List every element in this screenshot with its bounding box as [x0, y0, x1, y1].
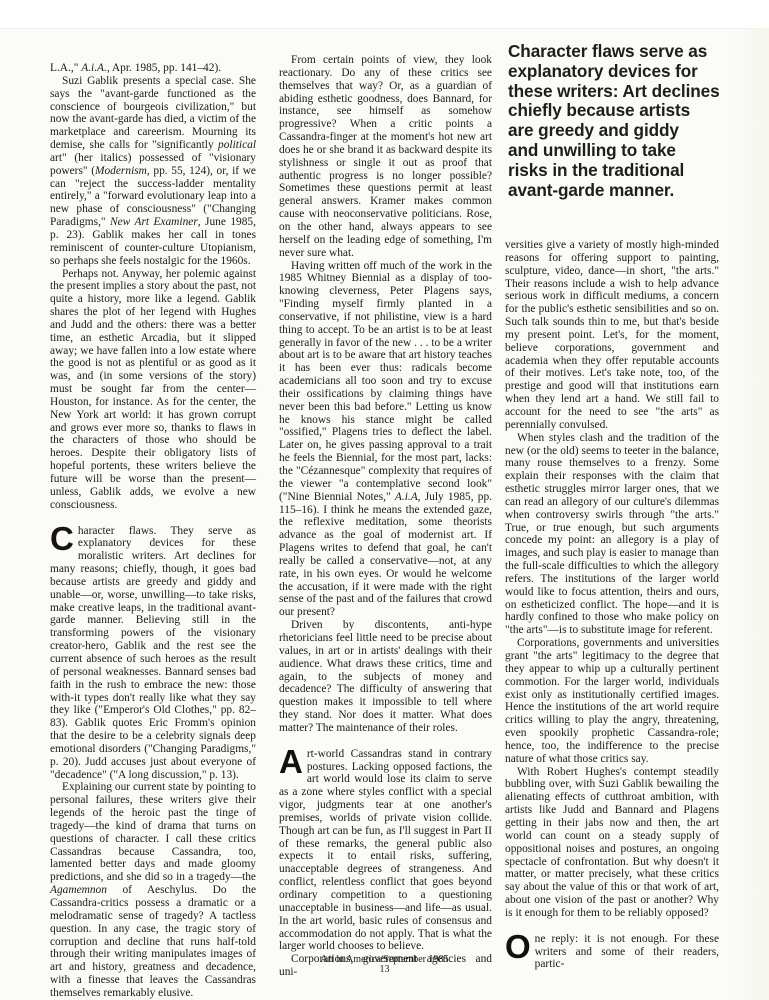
- paragraph: When styles clash and the tradition of t…: [505, 432, 719, 638]
- text-run: Having written off much of the work in t…: [279, 260, 492, 503]
- paragraph: Having written off much of the work in t…: [279, 260, 492, 620]
- paragraph: Suzi Gablik presents a special case. She…: [50, 75, 256, 268]
- italic-citation: A.i.A: [395, 491, 418, 503]
- drop-cap: C: [50, 527, 74, 551]
- text-run: haracter flaws. They serve as explanator…: [50, 525, 256, 781]
- paragraph: L.A.," A.i.A., Apr. 1985, pp. 141–42).: [50, 62, 256, 75]
- italic-citation: New Art Examiner: [110, 216, 198, 228]
- pull-quote-line: explanatory devices for: [508, 62, 733, 82]
- text-run: rt-world Cassandras stand in contrary po…: [279, 748, 492, 953]
- pull-quote-line: avant-garde manner.: [508, 181, 733, 201]
- page-top-margin: [0, 0, 769, 29]
- pull-quote-line: these writers: Art declines: [508, 82, 733, 102]
- text-run: , Apr. 1985, pp. 141–42).: [107, 62, 221, 74]
- paragraph: Corporations, governments and universiti…: [505, 637, 719, 765]
- text-run: L.A.,": [50, 62, 81, 74]
- pull-quote-line: risks in the traditional: [508, 161, 733, 181]
- text-column-3: versities give a variety of mostly high-…: [505, 239, 719, 971]
- section-gap: [279, 735, 492, 748]
- italic-text: political: [218, 139, 256, 151]
- paragraph: Perhaps not. Anyway, her polemic against…: [50, 268, 256, 512]
- pull-quote-line: Character flaws serve as: [508, 42, 733, 62]
- italic-citation: Modernism: [95, 165, 147, 177]
- paragraph: Driven by discontents, anti-hype rhetori…: [279, 619, 492, 735]
- section-gap: [50, 512, 256, 525]
- pull-quote-line: are greedy and giddy: [508, 121, 733, 141]
- page-footer: Art in America/September 1985 13: [0, 955, 769, 975]
- text-column-1: L.A.," A.i.A., Apr. 1985, pp. 141–42). S…: [50, 62, 256, 1000]
- paragraph: versities give a variety of mostly high-…: [505, 239, 719, 432]
- paragraph: From certain points of view, they look r…: [279, 54, 492, 260]
- paragraph: With Robert Hughes's contempt steadily b…: [505, 766, 719, 920]
- text-run: Explaining our current state by pointing…: [50, 781, 256, 883]
- text-run: , July 1985, pp. 115–16). I think he mea…: [279, 491, 492, 619]
- italic-citation: A.i.A.: [81, 62, 107, 74]
- drop-cap: A: [279, 750, 303, 774]
- italic-title: Agamemnon: [50, 884, 107, 896]
- paragraph-with-dropcap: Art-world Cassandras stand in contrary p…: [279, 748, 492, 954]
- page-number: 13: [0, 965, 769, 975]
- pull-quote-line: and unwilling to take: [508, 141, 733, 161]
- section-gap: [505, 920, 719, 933]
- paragraph-with-dropcap: Character flaws. They serve as explanato…: [50, 525, 256, 782]
- page-edge-shading: [729, 28, 769, 1000]
- pull-quote: Character flaws serve as explanatory dev…: [508, 42, 733, 200]
- text-column-2: From certain points of view, they look r…: [279, 54, 492, 979]
- pull-quote-line: chiefly because artists: [508, 101, 733, 121]
- text-run: of Aeschylus. Do the Cassandra-critics p…: [50, 884, 256, 999]
